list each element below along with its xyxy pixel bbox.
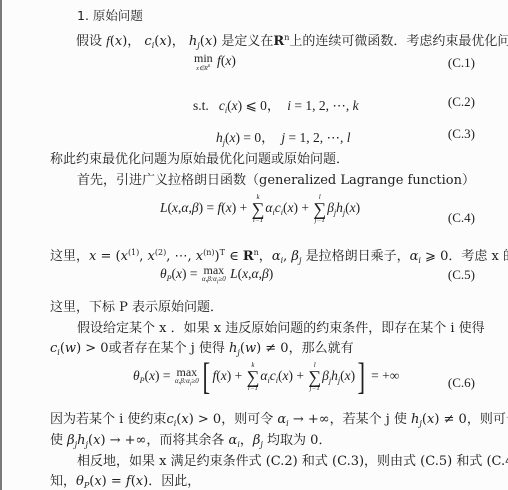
equation-c2: s.t. ci(x) ⩽ 0， i = 1, 2, ⋯, k bbox=[193, 94, 359, 115]
equation-c1: minx∈Rn f(x) bbox=[193, 52, 236, 72]
paragraph-lagrange-intro: 首先，引进广义拉格朗日函数（generalized Lagrange funct… bbox=[77, 173, 475, 189]
equation-c3: hj(x) = 0， j = 1, 2, ⋯, l bbox=[216, 126, 351, 147]
paragraph-reason-line2: 使 βjhj(x) → +∞，而将其余各 αi，βj 均取为 0． bbox=[50, 433, 331, 453]
section-heading: 1. 原始问题 bbox=[77, 8, 143, 24]
paragraph-multipliers: 这里，x = (x(1), x(2), ⋯, x(n))T ∈ Rn，αi, β… bbox=[50, 245, 508, 269]
equation-label-c1: (C.1) bbox=[448, 55, 475, 71]
paragraph-subscript-p: 这里，下标 P 表示原始问题． bbox=[50, 300, 223, 316]
equation-c6: θP(x) = maxα,β:αi≥0[f(x) + k∑i=1αici(x) … bbox=[133, 362, 399, 392]
paragraph-primal-name: 称此约束最优化问题为原始最优化问题或原始问题． bbox=[50, 152, 349, 168]
paragraph-feasible-line1: 相反地，如果 x 满足约束条件式 (C.2) 和式 (C.3)，则由式 (C.5… bbox=[77, 454, 508, 470]
page-edge-bar bbox=[0, 0, 2, 490]
equation-label-c4: (C.4) bbox=[448, 210, 475, 226]
equation-c4: L(x,α,β) = f(x) + k∑i=1αici(x) + l∑j=1βj… bbox=[160, 194, 360, 224]
paragraph-reason-line1: 因为若某个 i 使约束ci(x) > 0，则可令 αi → +∞，若某个 j 使… bbox=[50, 412, 508, 432]
paragraph-feasible-line2: 知，θP(x) = f(x)．因此， bbox=[50, 474, 200, 490]
equation-label-c5: (C.5) bbox=[448, 267, 475, 283]
equation-c5: θP(x) = maxα,β:αi≥0 L(x,α,β) bbox=[160, 264, 273, 286]
equation-label-c6: (C.6) bbox=[448, 375, 475, 391]
equation-label-c3: (C.3) bbox=[448, 126, 475, 142]
paragraph-intro: 假设 f(x)， ci(x)， hj(x) 是定义在Rn上的连续可微函数．考虑约… bbox=[76, 30, 508, 54]
equation-label-c2: (C.2) bbox=[448, 94, 475, 110]
paragraph-violation-line1: 假设给定某个 x ．如果 x 违反原始问题的约束条件，即存在某个 i 使得 bbox=[77, 321, 485, 337]
